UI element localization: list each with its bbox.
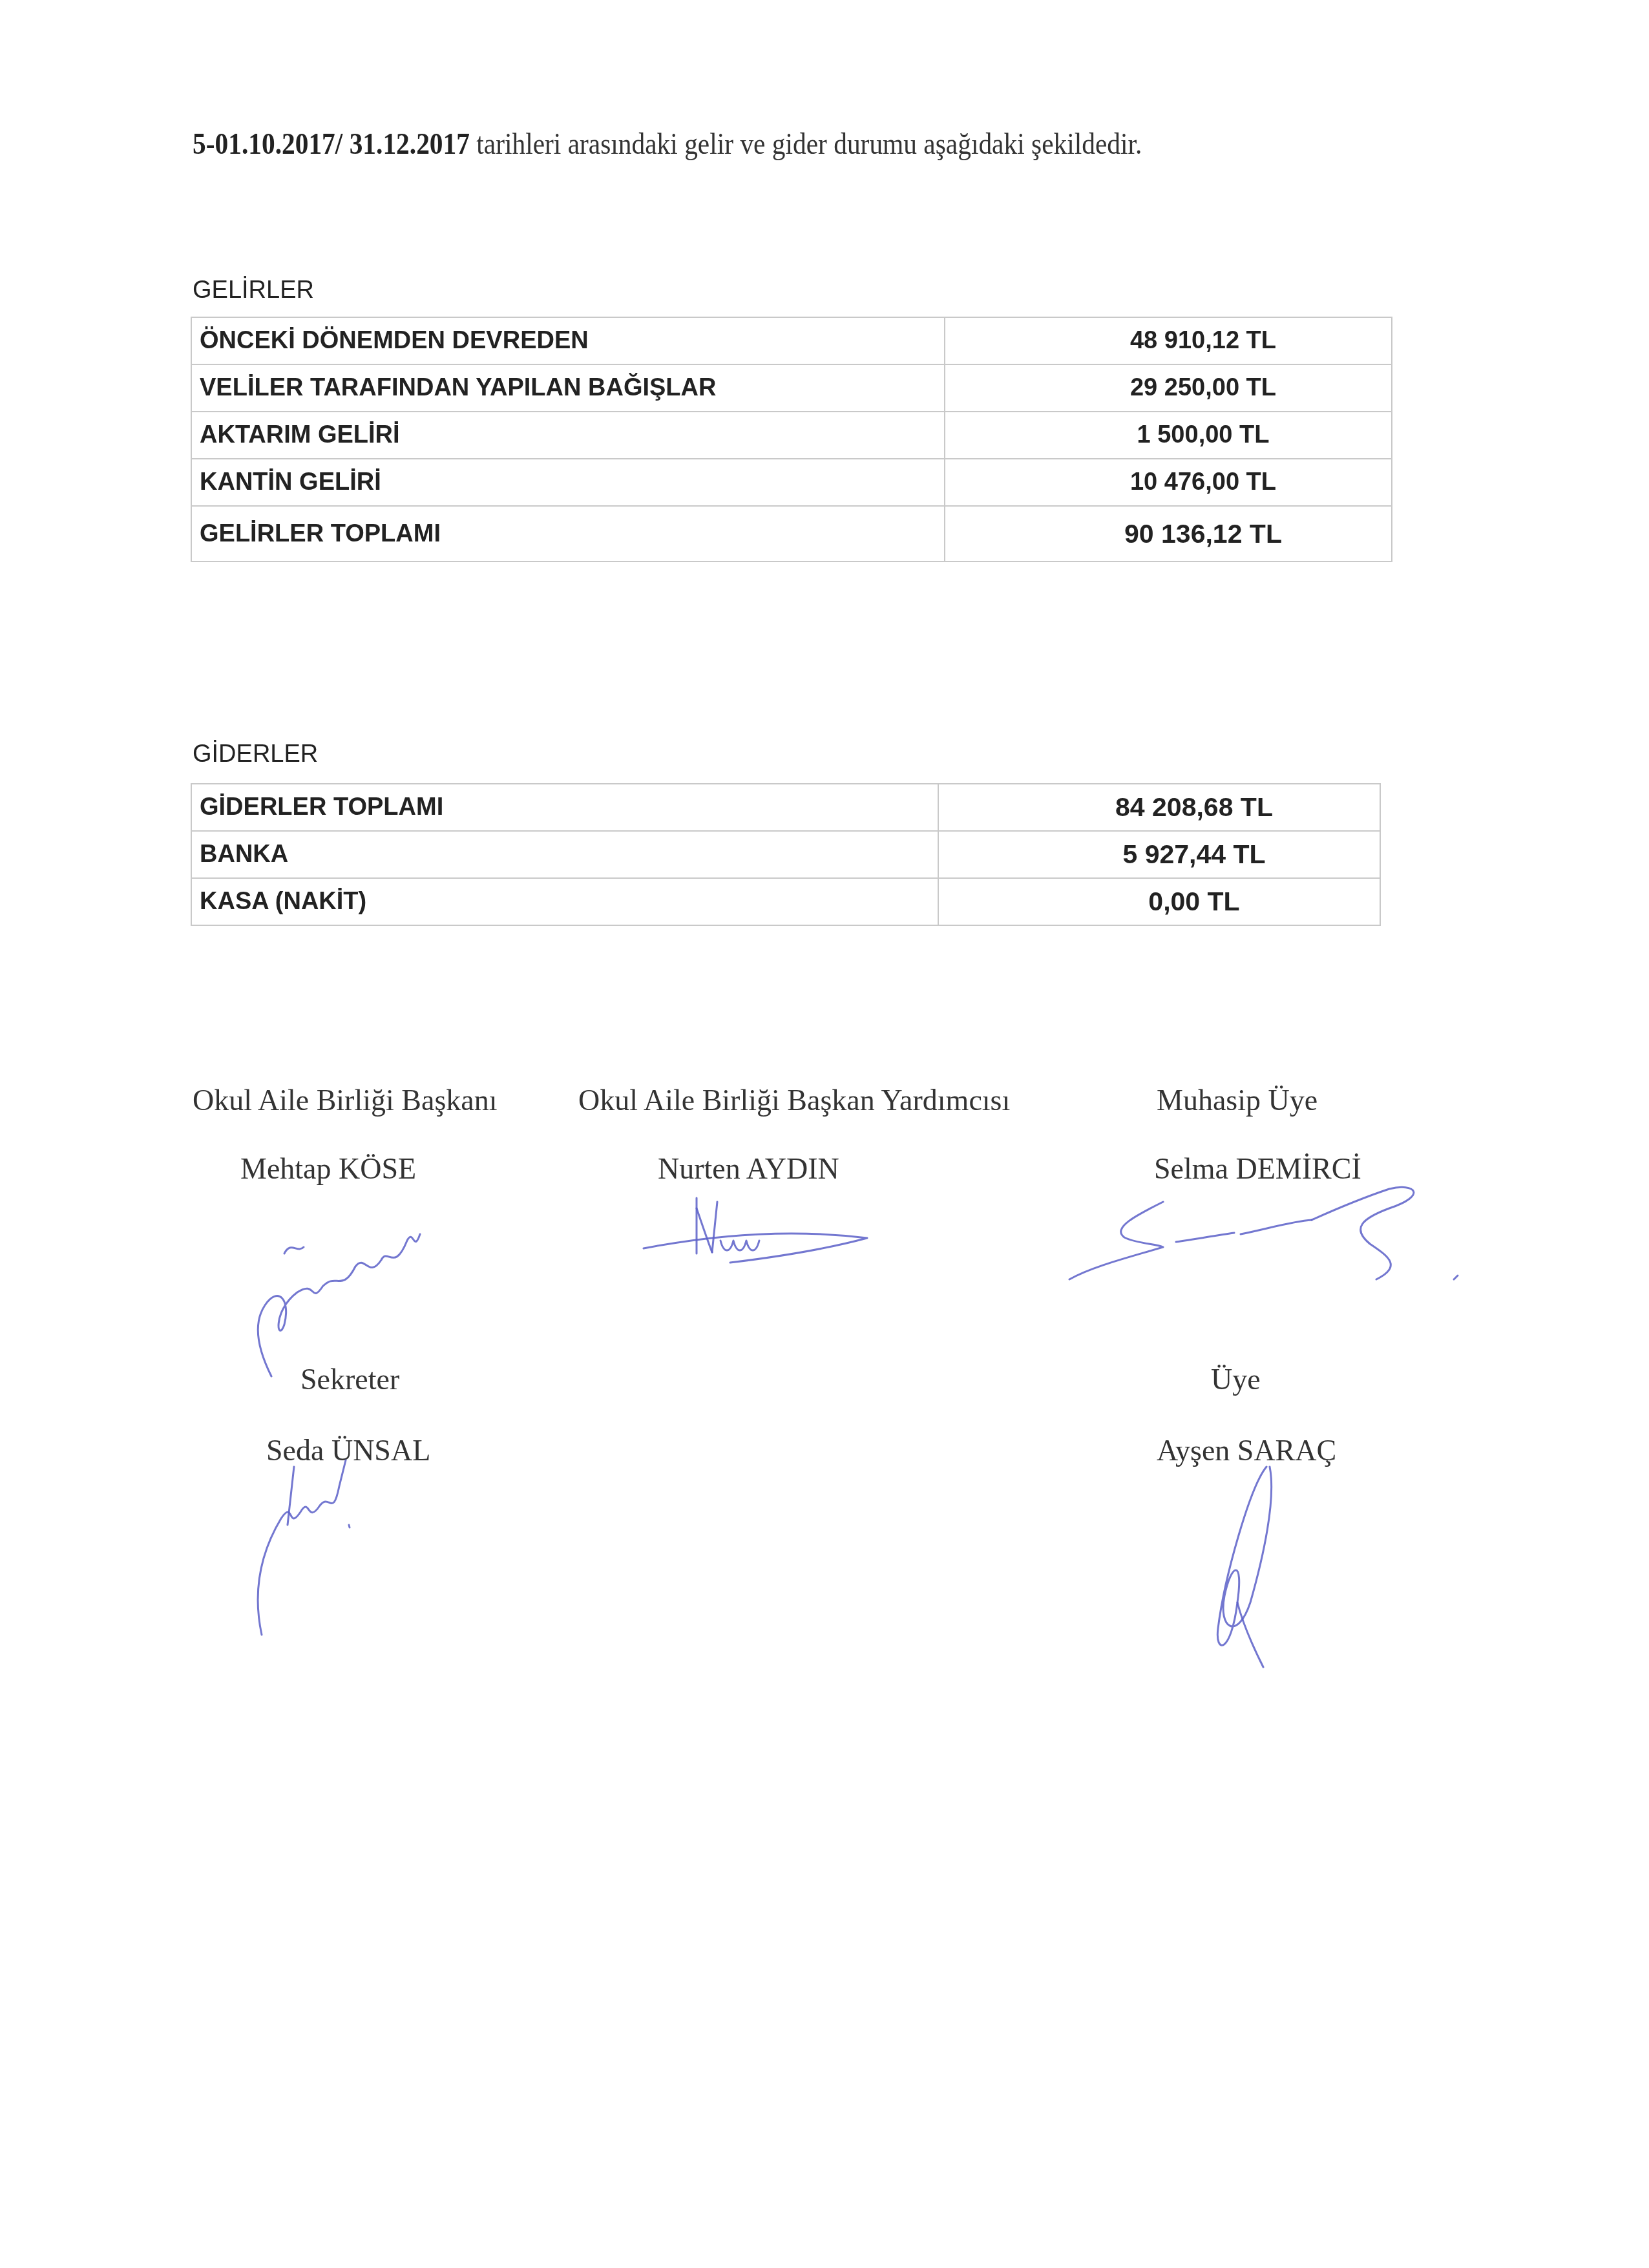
period-dates: 5-01.10.2017/ 31.12.2017 xyxy=(193,127,470,160)
row-label: GELİRLER TOPLAMI xyxy=(191,506,945,562)
signature-vice-president-icon xyxy=(640,1195,872,1266)
expense-table: GİDERLER TOPLAMI84 208,68 TL BANKA5 927,… xyxy=(191,783,1381,926)
row-value: 84 208,68 TL xyxy=(938,784,1380,831)
heading-text: tarihleri arasındaki gelir ve gider duru… xyxy=(470,127,1142,160)
row-label: ÖNCEKİ DÖNEMDEN DEVREDEN xyxy=(191,317,945,364)
row-label: BANKA xyxy=(191,831,938,878)
role-vice-president: Okul Aile Birliği Başkan Yardımcısı xyxy=(578,1083,1010,1117)
signature-president-icon xyxy=(246,1215,452,1383)
document-heading: 5-01.10.2017/ 31.12.2017 tarihleri arası… xyxy=(193,127,1142,161)
name-vice-president: Nurten AYDIN xyxy=(658,1151,839,1186)
row-value: 1 500,00 TL xyxy=(945,412,1392,459)
row-label: VELİLER TARAFINDAN YAPILAN BAĞIŞLAR xyxy=(191,364,945,412)
row-label: KANTİN GELİRİ xyxy=(191,459,945,506)
row-value: 0,00 TL xyxy=(938,878,1380,925)
signature-member-icon xyxy=(1199,1460,1302,1667)
table-row: KANTİN GELİRİ10 476,00 TL xyxy=(191,459,1392,506)
table-row: AKTARIM GELİRİ1 500,00 TL xyxy=(191,412,1392,459)
role-president: Okul Aile Birliği Başkanı xyxy=(193,1083,497,1117)
row-label: KASA (NAKİT) xyxy=(191,878,938,925)
table-row: BANKA5 927,44 TL xyxy=(191,831,1380,878)
row-value: 10 476,00 TL xyxy=(945,459,1392,506)
row-value: 48 910,12 TL xyxy=(945,317,1392,364)
row-value: 5 927,44 TL xyxy=(938,831,1380,878)
signature-treasurer-icon xyxy=(1066,1182,1493,1286)
row-label: GİDERLER TOPLAMI xyxy=(191,784,938,831)
row-value: 90 136,12 TL xyxy=(945,506,1392,562)
row-value: 29 250,00 TL xyxy=(945,364,1392,412)
name-president: Mehtap KÖSE xyxy=(240,1151,416,1186)
table-row-total: GELİRLER TOPLAMI90 136,12 TL xyxy=(191,506,1392,562)
row-label: AKTARIM GELİRİ xyxy=(191,412,945,459)
table-row: GİDERLER TOPLAMI84 208,68 TL xyxy=(191,784,1380,831)
income-section-title: GELİRLER xyxy=(193,277,314,304)
role-member: Üye xyxy=(1211,1362,1261,1396)
table-row: VELİLER TARAFINDAN YAPILAN BAĞIŞLAR29 25… xyxy=(191,364,1392,412)
income-table: ÖNCEKİ DÖNEMDEN DEVREDEN48 910,12 TL VEL… xyxy=(191,317,1392,562)
expense-section-title: GİDERLER xyxy=(193,740,318,768)
name-treasurer: Selma DEMİRCİ xyxy=(1154,1151,1361,1186)
table-row: KASA (NAKİT)0,00 TL xyxy=(191,878,1380,925)
table-row: ÖNCEKİ DÖNEMDEN DEVREDEN48 910,12 TL xyxy=(191,317,1392,364)
signature-secretary-icon xyxy=(249,1460,378,1641)
role-treasurer: Muhasip Üye xyxy=(1157,1083,1318,1117)
